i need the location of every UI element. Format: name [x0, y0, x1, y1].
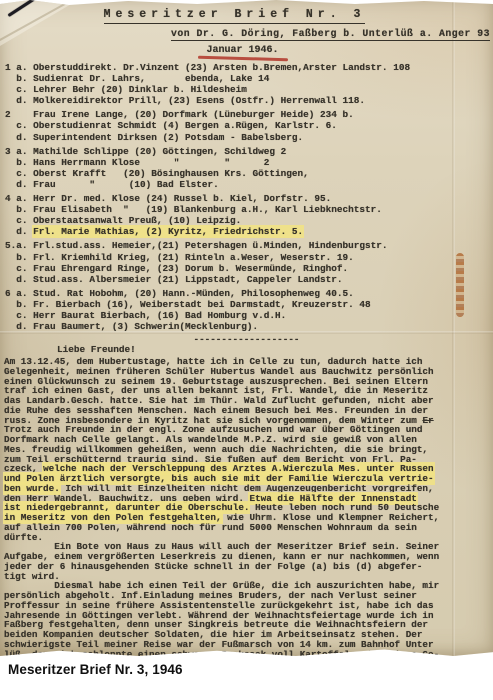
address-line: b. Fr. Bierbach (16), Weiberstadt bei Da…: [5, 299, 493, 310]
address-line: 5.a. Frl.stud.ass. Hemeier,(21) Petersha…: [5, 240, 493, 251]
typed-text: b. Hans Herrmann Klose " " 2: [5, 157, 269, 168]
address-line: c. Oberstaatsanwalt Preuß, (10) Leipzig.: [5, 215, 493, 226]
typed-text: 2 Frau Irene Lange, (20) Dorfmark (Lüneb…: [5, 109, 354, 120]
address-line: c. Oberstudienrat Schmidt (4) Bergen a.R…: [5, 120, 493, 131]
address-line: d. Frau " (10) Bad Elster.: [5, 179, 493, 190]
fold-crease-vertical: [452, 0, 455, 656]
address-line: 3 a. Mathilde Schlippe (20) Göttingen, S…: [5, 146, 493, 157]
body-paragraph: Ein Bote von Haus zu Haus will auch der …: [4, 542, 493, 581]
typed-text: c. Oberstaatsanwalt Preuß, (10) Leipzig.: [5, 215, 241, 226]
typed-text: b. Sudienrat Dr. Lahrs, ebenda, Lake 14: [5, 73, 269, 84]
typed-text: d. Molkereidirektor Prill, (23) Esens (O…: [5, 95, 365, 106]
address-line: c. Oberst Krafft (20) Bösinghausen Krs. …: [5, 168, 493, 179]
address-line: d. Molkereidirektor Prill, (23) Esens (O…: [5, 95, 493, 106]
letter-header: Meseritzer Brief Nr. 3 von Dr. G. Döring…: [0, 0, 493, 56]
typed-text: d. Frau " (10) Bad Elster.: [5, 179, 219, 190]
address-line: d. Superintendent Dirksen (2) Potsdam - …: [5, 132, 493, 143]
highlighted-text: Frl. Marie Mathias, (2) Kyritz, Friedric…: [33, 226, 303, 237]
typed-text: c. Oberst Krafft (20) Bösinghausen Krs. …: [5, 168, 309, 179]
address-line: 1 a. Oberstuddirekt. Dr.Vinzent (23) Ars…: [5, 62, 493, 73]
address-group: 1 a. Oberstuddirekt. Dr.Vinzent (23) Ars…: [5, 62, 493, 106]
fold-crease-horizontal: [0, 331, 493, 334]
address-line: c. Herr Baurat Bierbach, (16) Bad Hombur…: [5, 310, 493, 321]
letter-title: Meseritzer Brief Nr. 3: [0, 8, 481, 21]
body-line: jeder der 6 hinausgehenden Stücke schnel…: [4, 562, 493, 572]
address-line: 6 a. Stud. Rat Hobohm, (20) Hann.-Münden…: [5, 288, 493, 299]
typed-text: auf allein 700 Polen, während noch für r…: [4, 522, 417, 533]
typed-text: 5.a. Frl.stud.ass. Hemeier,(21) Petersha…: [5, 240, 388, 251]
typed-text: c. Frau Ehrengard Ringe, (23) Dorum b. W…: [5, 263, 348, 274]
address-line: c. Frau Ehrengard Ringe, (23) Dorum b. W…: [5, 263, 493, 274]
address-list: 1 a. Oberstuddirekt. Dr.Vinzent (23) Ars…: [0, 62, 493, 332]
typed-text: b. Frau Elisabeth " (19) Blankenburg a.H…: [5, 204, 382, 215]
address-group: 2 Frau Irene Lange, (20) Dorfmark (Lüneb…: [5, 109, 493, 142]
letter-date: Januar 1946.: [0, 45, 489, 56]
typed-text: 1 a. Oberstuddirekt. Dr.Vinzent (23) Ars…: [5, 62, 410, 73]
body-line: lüß, denn ich schleppte einen schweren R…: [4, 650, 493, 660]
typed-text: c. Lehrer Behr (20) Dinklar b. Hildeshei…: [5, 84, 247, 95]
figure-caption: Meseritzer Brief Nr. 3, 1946: [8, 662, 183, 677]
address-group: 6 a. Stud. Rat Hobohm, (20) Hann.-Münden…: [5, 288, 493, 332]
address-line: b. Hans Herrmann Klose " " 2: [5, 157, 493, 168]
scanned-letter-paper: Meseritzer Brief Nr. 3 von Dr. G. Döring…: [0, 0, 493, 656]
typed-text: jeder der 6 hinausgehenden Stücke schnel…: [4, 561, 422, 572]
typed-text: b. Fr. Bierbach (16), Weiberstadt bei Da…: [5, 299, 371, 310]
typed-text: c. Herr Baurat Bierbach, (16) Bad Hombur…: [5, 310, 286, 321]
body-line: auf allein 700 Polen, während noch für r…: [4, 523, 493, 533]
address-group: 5.a. Frl.stud.ass. Hemeier,(21) Petersha…: [5, 240, 493, 284]
typed-text: 3 a. Mathilde Schlippe (20) Göttingen, S…: [5, 146, 286, 157]
typed-text: Er: [422, 415, 433, 426]
address-line: b. Frl. Kriemhild Krieg, (21) Rinteln a.…: [5, 252, 493, 263]
typed-text: b. Frl. Kriemhild Krieg, (21) Rinteln a.…: [5, 252, 354, 263]
address-line: 4 a. Herr Dr. med. Klose (24) Russel b. …: [5, 193, 493, 204]
address-line: d. Stud.ass. Albersmeier (21) Lippstadt,…: [5, 274, 493, 285]
rust-stain: [456, 253, 464, 317]
address-line: b. Sudienrat Dr. Lahrs, ebenda, Lake 14: [5, 73, 493, 84]
red-pencil-underline: [198, 56, 288, 62]
typed-text: d.: [5, 226, 33, 237]
typed-text: 4 a. Herr Dr. med. Klose (24) Russel b. …: [5, 193, 331, 204]
salutation: Liebe Freunde!: [0, 344, 493, 355]
letter-byline: von Dr. G. Döring, Faßberg b. Unterlüß a…: [0, 28, 490, 39]
address-line: b. Frau Elisabeth " (19) Blankenburg a.H…: [5, 204, 493, 215]
address-line: 2 Frau Irene Lange, (20) Dorfmark (Lüneb…: [5, 109, 493, 120]
address-line: c. Lehrer Behr (20) Dinklar b. Hildeshei…: [5, 84, 493, 95]
typed-text: 6 a. Stud. Rat Hobohm, (20) Hann.-Münden…: [5, 288, 354, 299]
address-line: d. Frl. Marie Mathias, (2) Kyritz, Fried…: [5, 226, 493, 237]
typed-text: d. Stud.ass. Albersmeier (21) Lippstadt,…: [5, 274, 343, 285]
separator-dashes: -------------------: [0, 335, 493, 344]
body-paragraph: Diesmal habe ich einen Teil der Grüße, d…: [4, 581, 493, 659]
typed-text: c. Oberstudienrat Schmidt (4) Bergen a.R…: [5, 120, 337, 131]
letter-body: Am 13.12.45, dem Hubertustage, hatte ich…: [0, 357, 493, 659]
address-group: 4 a. Herr Dr. med. Klose (24) Russel b. …: [5, 193, 493, 237]
address-group: 3 a. Mathilde Schlippe (20) Göttingen, S…: [5, 146, 493, 190]
typed-text: lüß, denn ich schleppte einen schweren R…: [4, 649, 439, 660]
body-paragraph: Am 13.12.45, dem Hubertustage, hatte ich…: [4, 357, 493, 542]
typed-text: d. Superintendent Dirksen (2) Potsdam - …: [5, 132, 303, 143]
